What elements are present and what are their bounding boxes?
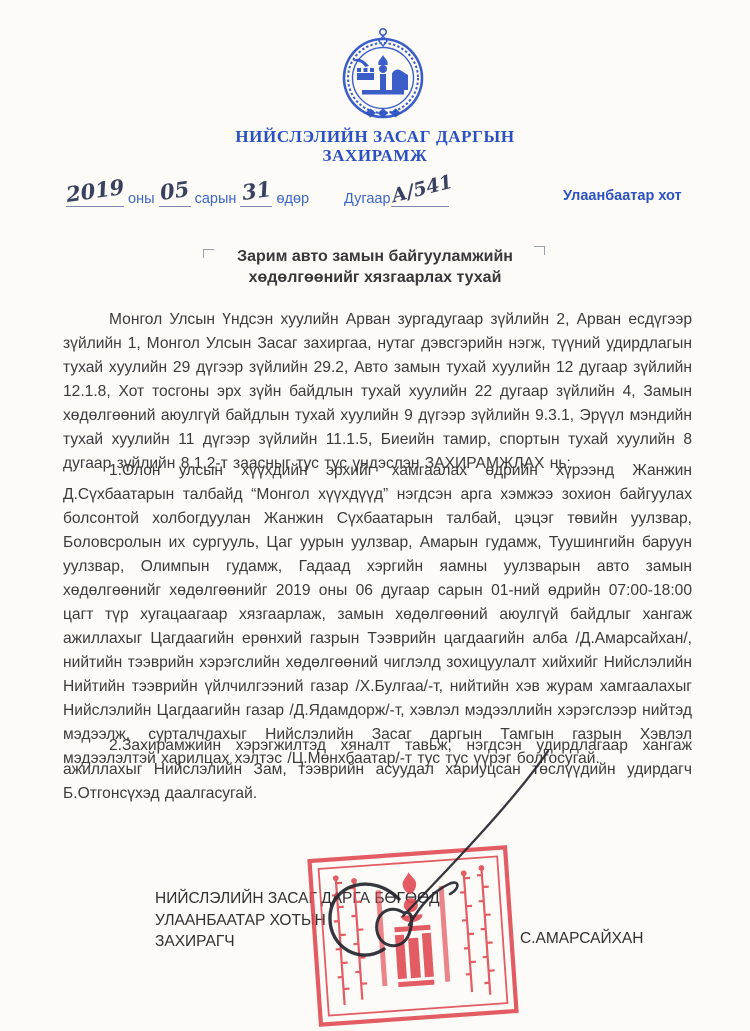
ulaanbaatar-city-emblem-icon <box>332 24 434 129</box>
number-handwritten: А/541 <box>390 176 453 203</box>
document-number: ДугаарА/541 <box>344 190 449 207</box>
date-year-handwritten: 2019 <box>65 181 125 201</box>
signatory-title-line1: НИЙСЛЭЛИЙН ЗАСАГ ДАРГА БӨГӨӨД <box>155 888 440 910</box>
date-day-handwritten: 31 <box>241 183 272 199</box>
signatory-name: С.АМАРСАЙХАН <box>520 930 643 948</box>
date-month-blank: 05 <box>159 190 191 207</box>
date-month-handwritten: 05 <box>159 183 190 199</box>
left-corner-mark-icon <box>203 249 214 258</box>
date-month-label: сарын <box>195 191 237 207</box>
date-day-label: өдөр <box>276 191 309 207</box>
right-corner-mark-icon <box>534 246 545 255</box>
date-year-label: оны <box>128 191 155 207</box>
date-day-blank: 31 <box>240 190 272 207</box>
paragraph-item-2: 2.Захирамжийн хэрэгжилтэд хяналт тавьж, … <box>63 734 692 806</box>
city-label: Улаанбаатар хот <box>563 188 682 204</box>
scanned-decree-document: НИЙСЛЭЛИЙН ЗАСАГ ДАРГЫН ЗАХИРАМЖ 2019 он… <box>0 0 750 1031</box>
number-blank: А/541 <box>391 190 449 207</box>
meta-row: 2019 оны 05 сарын 31 өдөр ДугаарА/541 Ул… <box>0 176 750 220</box>
org-title-line2: ЗАХИРАМЖ <box>0 146 750 165</box>
paragraph-legal-preamble: Монгол Улсын Үндсэн хуулийн Арван зургад… <box>63 308 692 476</box>
org-title-line1: НИЙСЛЭЛИЙН ЗАСАГ ДАРГЫН <box>0 127 750 146</box>
subject-title: Зарим авто замын байгууламжийн хөдөлгөөн… <box>0 246 750 288</box>
org-title: НИЙСЛЭЛИЙН ЗАСАГ ДАРГЫН ЗАХИРАМЖ <box>0 127 750 165</box>
number-label: Дугаар <box>344 191 391 207</box>
subject-line2: хөдөлгөөнийг хязгаарлах тухай <box>0 267 750 288</box>
date-year-blank: 2019 <box>66 190 124 207</box>
signatory-title-line3: ЗАХИРАГЧ <box>155 931 440 953</box>
subject-line1: Зарим авто замын байгууламжийн <box>0 246 750 267</box>
paragraph-item-1: 1.Олон улсын хүүхдийн эрхийг хамгаалах ө… <box>63 459 692 771</box>
signatory-title-line2: УЛААНБААТАР ХОТЫН <box>155 910 440 932</box>
date-line: 2019 оны 05 сарын 31 өдөр <box>66 190 309 207</box>
signatory-title: НИЙСЛЭЛИЙН ЗАСАГ ДАРГА БӨГӨӨД УЛААНБААТА… <box>155 888 440 953</box>
